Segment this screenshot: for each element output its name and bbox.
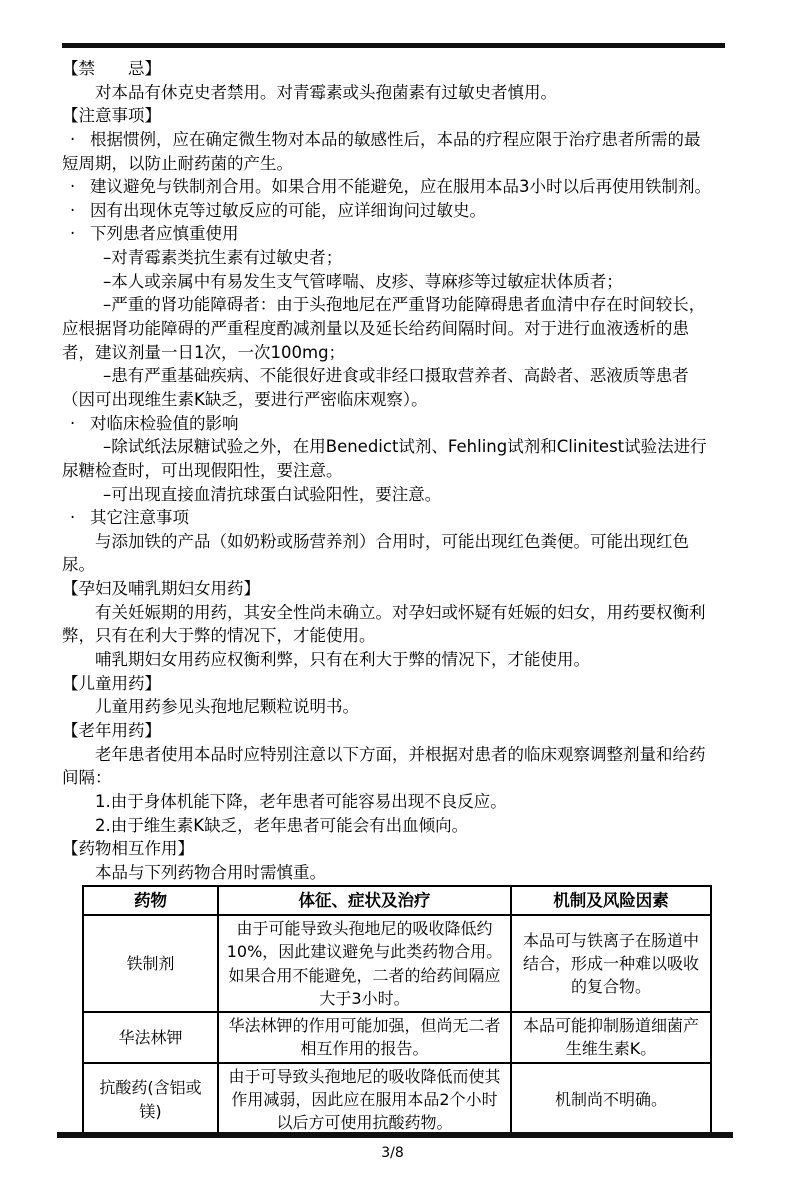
table-cell-drug: 铁制剂 (83, 915, 218, 1012)
table-header-mechanism: 机制及风险因素 (511, 886, 711, 915)
line-text: 哺乳期妇女用药应权衡利弊，只有在利大于弊的情况下，才能使用。 (95, 650, 590, 669)
line-text: 【注意事项】 (62, 106, 161, 125)
text-line: ·其它注意事项 (62, 506, 732, 530)
line-text: 弊，只有在利大于弊的情况下，才能使用。 (62, 626, 376, 645)
bullet-marker: · (70, 506, 90, 530)
text-line: 儿童用药参见头孢地尼颗粒说明书。 (62, 695, 732, 719)
line-text: 短周期，以防止耐药菌的产生。 (62, 154, 293, 173)
text-line: 尿糖检查时，可出现假阳性，要注意。 (62, 459, 732, 483)
line-text: 2.由于维生素K缺乏，老年患者可能会有出血倾向。 (95, 816, 468, 835)
table-cell-drug: 华法林钾 (83, 1012, 218, 1063)
line-text: 【老年用药】 (62, 721, 161, 740)
text-line: 1.由于身体机能下降，老年患者可能容易出现不良反应。 (62, 790, 732, 814)
table-header-drug: 药物 (83, 886, 218, 915)
line-text: 1.由于身体机能下降，老年患者可能容易出现不良反应。 (95, 792, 507, 811)
text-line: 弊，只有在利大于弊的情况下，才能使用。 (62, 624, 732, 648)
table-cell-mechanism: 本品可能抑制肠道细菌产生维生素K。 (511, 1012, 711, 1063)
text-line: 哺乳期妇女用药应权衡利弊，只有在利大于弊的情况下，才能使用。 (62, 648, 732, 672)
text-line: （因可出现维生素K缺乏，要进行严密临床观察）。 (62, 388, 732, 412)
table-row: 铁制剂由于可能导致头孢地尼的吸收降低约10%，因此建议避免与此类药物合用。如果合… (83, 915, 711, 1012)
text-line: 本品与下列药物合用时需慎重。 (62, 861, 732, 885)
document-page: 【禁 忌】对本品有休克史者禁用。对青霉素或头孢菌素有过敏史者慎用。【注意事项】·… (0, 0, 785, 1178)
page-number: 3/8 (0, 1145, 785, 1161)
table-row: 华法林钾华法林钾的作用可能加强，但尚无二者相互作用的报告。本品可能抑制肠道细菌产… (83, 1012, 711, 1063)
line-text: 【孕妇及哺乳期妇女用药】 (62, 579, 260, 598)
text-line: –本人或亲属中有易发生支气管哮喘、皮疹、荨麻疹等过敏症状体质者； (62, 270, 732, 294)
table-header-row: 药物 体征、症状及治疗 机制及风险因素 (83, 886, 711, 915)
line-text: –对青霉素类抗生素有过敏史者； (103, 248, 342, 267)
line-text: 其它注意事项 (90, 508, 189, 527)
section-header: 【药物相互作用】 (62, 837, 732, 861)
text-line: 与添加铁的产品（如奶粉或肠营养剂）合用时，可能出现红色粪便。可能出现红色 (62, 530, 732, 554)
line-text: 与添加铁的产品（如奶粉或肠营养剂）合用时，可能出现红色粪便。可能出现红色 (95, 532, 689, 551)
bullet-marker: · (70, 128, 90, 152)
line-text: 【禁 忌】 (62, 59, 161, 78)
text-line: 2.由于维生素K缺乏，老年患者可能会有出血倾向。 (62, 814, 732, 838)
text-line: 尿。 (62, 553, 732, 577)
bullet-marker: · (70, 412, 90, 436)
text-line: ·因有出现休克等过敏反应的可能，应详细询问过敏史。 (62, 199, 732, 223)
table-cell-signs: 由于可能导致头孢地尼的吸收降低约10%，因此建议避免与此类药物合用。如果合用不能… (218, 915, 511, 1012)
table-cell-signs: 由于可导致头孢地尼的吸收降低而使其作用减弱，因此应在服用本品2个小时以后方可使用… (218, 1063, 511, 1137)
line-text: （因可出现维生素K缺乏，要进行严密临床观察）。 (62, 390, 428, 409)
text-line: 对本品有休克史者禁用。对青霉素或头孢菌素有过敏史者慎用。 (62, 81, 732, 105)
line-text: 对本品有休克史者禁用。对青霉素或头孢菌素有过敏史者慎用。 (95, 83, 557, 102)
line-text: 【药物相互作用】 (62, 839, 194, 858)
line-text: 建议避免与铁制剂合用。如果合用不能避免，应在服用本品3小时以后再使用铁制剂。 (90, 177, 711, 196)
line-text: –除试纸法尿糖试验之外，在用Benedict试剂、Fehling试剂和Clini… (103, 437, 707, 456)
section-header: 【孕妇及哺乳期妇女用药】 (62, 577, 732, 601)
line-text: 间隔： (62, 768, 112, 787)
line-text: 老年患者使用本品时应特别注意以下方面，并根据对患者的临床观察调整剂量和给药 (95, 745, 706, 764)
line-text: 尿糖检查时，可出现假阳性，要注意。 (62, 461, 343, 480)
text-line: 有关妊娠期的用药，其安全性尚未确立。对孕妇或怀疑有妊娠的妇女，用药要权衡利 (62, 601, 732, 625)
table-row: 抗酸药(含铝或镁)由于可导致头孢地尼的吸收降低而使其作用减弱，因此应在服用本品2… (83, 1063, 711, 1137)
line-text: 儿童用药参见头孢地尼颗粒说明书。 (95, 697, 359, 716)
line-text: 本品与下列药物合用时需慎重。 (95, 863, 326, 882)
table-header-signs: 体征、症状及治疗 (218, 886, 511, 915)
line-text: –本人或亲属中有易发生支气管哮喘、皮疹、荨麻疹等过敏症状体质者； (103, 272, 623, 291)
bullet-marker: · (70, 199, 90, 223)
drug-interaction-table: 药物 体征、症状及治疗 机制及风险因素 铁制剂由于可能导致头孢地尼的吸收降低约1… (82, 885, 712, 1138)
text-line: ·建议避免与铁制剂合用。如果合用不能避免，应在服用本品3小时以后再使用铁制剂。 (62, 175, 732, 199)
bottom-rule (57, 1132, 733, 1138)
line-text: 对临床检验值的影响 (90, 414, 239, 433)
line-text: 者，建议剂量一日1次，一次100mg； (62, 343, 345, 362)
text-line: ·根据惯例，应在确定微生物对本品的敏感性后，本品的疗程应限于治疗患者所需的最 (62, 128, 732, 152)
line-text: 下列患者应慎重使用 (90, 224, 239, 243)
line-text: 根据惯例，应在确定微生物对本品的敏感性后，本品的疗程应限于治疗患者所需的最 (90, 130, 701, 149)
table-cell-mechanism: 机制尚不明确。 (511, 1063, 711, 1137)
line-text: 尿。 (62, 555, 95, 574)
text-line: –对青霉素类抗生素有过敏史者； (62, 246, 732, 270)
section-header: 【老年用药】 (62, 719, 732, 743)
line-text: 应根据肾功能障碍的严重程度酌减剂量以及延长给药间隔时间。对于进行血液透析的患 (62, 319, 689, 338)
table-cell-mechanism: 本品可与铁离子在肠道中结合，形成一种难以吸收的复合物。 (511, 915, 711, 1012)
text-line: 短周期，以防止耐药菌的产生。 (62, 152, 732, 176)
line-text: –严重的肾功能障碍者：由于头孢地尼在严重肾功能障碍患者血清中存在时间较长， (103, 295, 705, 314)
text-line: –除试纸法尿糖试验之外，在用Benedict试剂、Fehling试剂和Clini… (62, 435, 732, 459)
text-line: ·下列患者应慎重使用 (62, 222, 732, 246)
text-line: 间隔： (62, 766, 732, 790)
text-line: 应根据肾功能障碍的严重程度酌减剂量以及延长给药间隔时间。对于进行血液透析的患 (62, 317, 732, 341)
table-cell-signs: 华法林钾的作用可能加强，但尚无二者相互作用的报告。 (218, 1012, 511, 1063)
line-text: 有关妊娠期的用药，其安全性尚未确立。对孕妇或怀疑有妊娠的妇女，用药要权衡利 (95, 603, 706, 622)
line-text: 【儿童用药】 (62, 674, 161, 693)
bullet-marker: · (70, 175, 90, 199)
text-line: –可出现直接血清抗球蛋白试验阳性，要注意。 (62, 483, 732, 507)
table-cell-drug: 抗酸药(含铝或镁) (83, 1063, 218, 1137)
text-line: 老年患者使用本品时应特别注意以下方面，并根据对患者的临床观察调整剂量和给药 (62, 743, 732, 767)
bullet-marker: · (70, 222, 90, 246)
text-line: –严重的肾功能障碍者：由于头孢地尼在严重肾功能障碍患者血清中存在时间较长， (62, 293, 732, 317)
section-header: 【注意事项】 (62, 104, 732, 128)
top-rule (62, 43, 725, 48)
section-header: 【禁 忌】 (62, 57, 732, 81)
line-text: 因有出现休克等过敏反应的可能，应详细询问过敏史。 (90, 201, 486, 220)
document-body: 【禁 忌】对本品有休克史者禁用。对青霉素或头孢菌素有过敏史者慎用。【注意事项】·… (62, 57, 732, 884)
text-line: ·对临床检验值的影响 (62, 412, 732, 436)
text-line: 者，建议剂量一日1次，一次100mg； (62, 341, 732, 365)
line-text: –患有严重基础疾病、不能很好进食或非经口摄取营养者、高龄者、恶液质等患者 (103, 366, 689, 385)
section-header: 【儿童用药】 (62, 672, 732, 696)
line-text: –可出现直接血清抗球蛋白试验阳性，要注意。 (103, 485, 441, 504)
text-line: –患有严重基础疾病、不能很好进食或非经口摄取营养者、高龄者、恶液质等患者 (62, 364, 732, 388)
